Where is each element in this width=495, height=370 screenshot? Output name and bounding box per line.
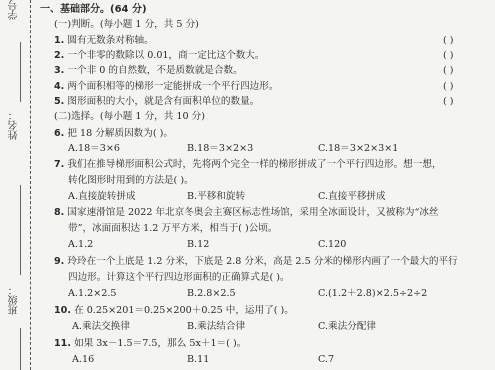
q6-option-c[interactable]: C.18＝3×2×3×1 bbox=[318, 143, 398, 155]
name-blank bbox=[20, 185, 21, 275]
q10-option-a[interactable]: A.乘法交换律 bbox=[72, 321, 130, 333]
answer-blank-5[interactable]: ( ) bbox=[443, 96, 495, 108]
q7-option-b[interactable]: B.平移和旋转 bbox=[187, 191, 245, 203]
q11-option-c[interactable]: C.7 bbox=[318, 354, 334, 366]
q7-option-a[interactable]: A.直接旋转拼成 bbox=[68, 191, 136, 203]
question-number: 8. bbox=[54, 207, 64, 218]
judge-item-5: 5. 图形面积的大小，就是含有面积单位的数量。 bbox=[54, 96, 259, 108]
q6-option-b[interactable]: B.18＝3×2×3 bbox=[187, 143, 253, 155]
q9-option-c[interactable]: C.(1.2＋2.8)×2.5÷2÷2 bbox=[318, 288, 427, 300]
item-text: 圆有无数条对称轴。 bbox=[67, 35, 153, 46]
answer-blank-2[interactable]: ( ) bbox=[443, 50, 495, 62]
answer-blank-1[interactable]: ( ) bbox=[443, 35, 495, 47]
judge-item-3: 3. 一个非 0 的自然数，不是质数就是合数。 bbox=[54, 65, 243, 77]
q7-option-c[interactable]: C.直接平移拼成 bbox=[318, 191, 386, 203]
q10-option-c[interactable]: C.乘法分配律 bbox=[318, 321, 376, 333]
q9-option-a[interactable]: A.1.2×2.5 bbox=[68, 288, 117, 300]
question-9: 9. 玲玲在一个上底是 1.2 分米，下底是 2.8 分米，高是 2.5 分米的… bbox=[54, 256, 458, 268]
item-number: 1. bbox=[54, 35, 64, 46]
question-8-line-2: 带”，冰面面积达 1.2 万平方米，相当于( )公顷。 bbox=[68, 223, 277, 235]
part1-title: (一)判断。(每小题 1 分，共 5 分) bbox=[54, 19, 199, 31]
item-number: 3. bbox=[54, 65, 64, 76]
judge-item-4: 4. 两个面积相等的梯形一定能拼成一个平行四边形。 bbox=[54, 81, 278, 93]
question-10: 10. 在 0.25×201＝0.25×200＋0.25 中，运用了( )。 bbox=[54, 305, 294, 317]
binding-margin: 学号 姓名： 班级： bbox=[0, 0, 32, 370]
q11-option-a[interactable]: A.16 bbox=[72, 354, 94, 366]
class-blank bbox=[20, 328, 21, 370]
q10-option-b[interactable]: B.乘法结合律 bbox=[187, 321, 245, 333]
question-number: 10. bbox=[54, 305, 71, 316]
question-11: 11. 如果 3x－1.5＝7.5，那么 5x＋1＝( )。 bbox=[54, 338, 246, 350]
question-number: 9. bbox=[54, 256, 64, 267]
name-label: 姓名： bbox=[9, 110, 23, 140]
q8-option-b[interactable]: B.12 bbox=[187, 239, 209, 251]
judge-item-2: 2. 一个非零的数除以 0.01，商一定比这个数大。 bbox=[54, 50, 265, 62]
section-title: 一、基础部分。(64 分) bbox=[40, 4, 147, 16]
q9-option-b[interactable]: B.2.8×2.5 bbox=[187, 288, 236, 300]
question-text: 在 0.25×201＝0.25×200＋0.25 中，运用了( )。 bbox=[74, 305, 294, 316]
student-id-label: 学号 bbox=[9, 0, 23, 20]
item-number: 4. bbox=[54, 81, 64, 92]
question-8: 8. 国家速滑馆是 2022 年北京冬奥会主赛区标志性场馆，采用全冰面设计，又被… bbox=[54, 207, 439, 219]
cut-line bbox=[30, 0, 31, 370]
item-number: 5. bbox=[54, 96, 64, 107]
part2-title: (二)选择。(每小题 1 分，共 10 分) bbox=[54, 111, 205, 123]
item-text: 图形面积的大小，就是含有面积单位的数量。 bbox=[67, 96, 259, 107]
answer-blank-3[interactable]: ( ) bbox=[443, 65, 495, 77]
q8-option-c[interactable]: C.120 bbox=[318, 239, 346, 251]
question-7: 7. 我们在推导梯形面积公式时，先将两个完全一样的梯形拼成了一个平行四边形。想一… bbox=[54, 159, 442, 171]
answer-blank-4[interactable]: ( ) bbox=[443, 81, 495, 93]
question-text: 把 18 分解质因数为( )。 bbox=[67, 128, 173, 139]
question-number: 6. bbox=[54, 128, 64, 139]
q8-option-a[interactable]: A.1.2 bbox=[68, 239, 93, 251]
question-6: 6. 把 18 分解质因数为( )。 bbox=[54, 128, 173, 140]
item-text: 一个非零的数除以 0.01，商一定比这个数大。 bbox=[67, 50, 264, 61]
q11-option-b[interactable]: B.11 bbox=[187, 354, 209, 366]
question-7-line-2: 转化图形时用到的方法是( )。 bbox=[68, 175, 194, 187]
question-text: 国家速滑馆是 2022 年北京冬奥会主赛区标志性场馆，采用全冰面设计，又被称为“… bbox=[67, 207, 438, 218]
question-text: 我们在推导梯形面积公式时，先将两个完全一样的梯形拼成了一个平行四边形。想一想， bbox=[67, 159, 441, 170]
item-text: 两个面积相等的梯形一定能拼成一个平行四边形。 bbox=[67, 81, 278, 92]
q6-option-a[interactable]: A.18＝3×6 bbox=[68, 143, 120, 155]
question-text: 如果 3x－1.5＝7.5，那么 5x＋1＝( )。 bbox=[74, 338, 246, 349]
item-number: 2. bbox=[54, 50, 64, 61]
question-9-line-2: 四边形。计算这个平行四边形面积的正确算式是( )。 bbox=[68, 272, 290, 284]
item-text: 一个非 0 的自然数，不是质数就是合数。 bbox=[67, 65, 242, 76]
class-label: 班级： bbox=[9, 285, 23, 315]
question-text: 玲玲在一个上底是 1.2 分米，下底是 2.8 分米，高是 2.5 分米的梯形内… bbox=[67, 256, 457, 267]
question-number: 11. bbox=[54, 338, 71, 349]
judge-item-1: 1. 圆有无数条对称轴。 bbox=[54, 35, 154, 47]
question-number: 7. bbox=[54, 159, 64, 170]
student-id-blank bbox=[20, 42, 21, 102]
